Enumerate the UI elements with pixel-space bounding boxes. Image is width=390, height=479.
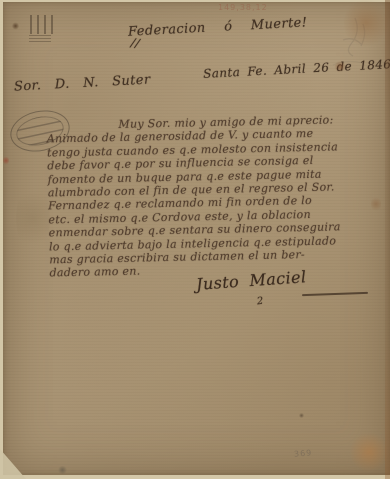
corner-tear [0,449,26,479]
embossed-seal-base-icon [29,35,51,43]
page-number-pencil: 369 [294,448,313,459]
paper-stain [3,156,9,165]
heading-flourish-mark: // [130,35,141,50]
paper-stain [371,196,381,212]
catalog-number-pencil: 149,38,12 [218,3,268,12]
paper-stain [16,185,50,251]
embossed-seal-icon [30,15,54,34]
signature-rubric: 2 [256,296,264,308]
letter-body: Muy Sor. mio y amigo de mi aprecio: Anim… [46,113,375,280]
paper-edge-shadow [385,0,390,479]
paper-stain [299,413,304,418]
ink-stain [12,22,19,30]
paper-stain [58,466,67,474]
manuscript-letter-scan: 149,38,12 Federacion ó Muerte! // Santa … [0,0,390,479]
paper-stain [334,61,346,72]
paper-stain [350,430,388,474]
